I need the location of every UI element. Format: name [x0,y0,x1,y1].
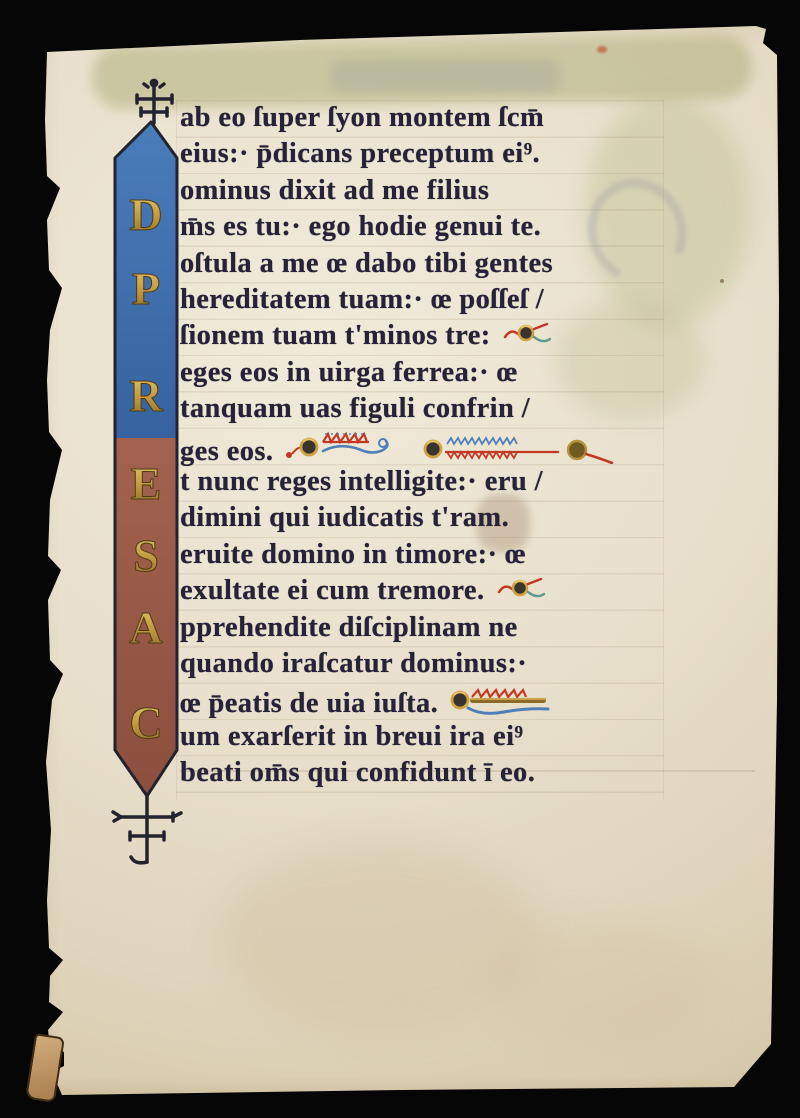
photograph-stage: D P R E S A C ab eo ſuper ſyon montem ſc… [0,0,800,1118]
manuscript-leaf: D P R E S A C ab eo ſuper ſyon montem ſc… [0,0,800,1118]
text-line-text: dimini qui iudicatis t'ram. [180,502,509,533]
text-line: hereditatem tuam:· œ poſſeſ / [180,284,544,316]
text-line-text: œ p̄eatis de uia iuſta. [180,688,438,719]
line-filler-ornament-icon [283,430,615,464]
text-line-text: eges eos in uirga ferrea:· œ [180,357,518,388]
text-line: ab eo ſuper ſyon montem ſcm̄ [180,102,544,134]
text-block: ab eo ſuper ſyon montem ſcm̄eius:· p̄dic… [0,0,800,1118]
text-line-text: hereditatem tuam:· œ poſſeſ / [180,284,544,315]
text-line: eruite domino in timore:· œ [180,539,526,571]
text-line-text: ab eo ſuper ſyon montem ſcm̄ [180,102,544,133]
line-filler-small-icon [501,320,557,348]
text-line-text: pprehendite diſciplinam ne [180,612,518,643]
text-line: ominus dixit ad me filius [180,175,489,207]
text-line-text: quando iraſcatur dominus:· [180,648,527,679]
text-line: quando iraſcatur dominus:· [180,648,527,680]
text-line: ſionem tuam t'minos tre: [180,320,557,352]
text-line: œ p̄eatis de uia iuſta. [180,684,576,720]
text-line-text: oſtula a me œ dabo tibi gentes [180,248,553,279]
text-line: oſtula a me œ dabo tibi gentes [180,248,553,280]
text-line: dimini qui iudicatis t'ram. [180,502,509,534]
text-line: t nunc reges intelligite:· eru / [180,466,543,498]
text-line-text: um exarſerit in breui ira ei⁹ [180,721,523,752]
line-filler-long-icon [283,430,615,464]
line-filler-small-icon [495,575,551,603]
text-line-text: ſionem tuam t'minos tre: [180,320,491,351]
text-line-text: beati om̄s qui confidunt ī eo. [180,757,535,788]
text-line: exultate ei cum tremore. [180,575,551,607]
text-line-text: exultate ei cum tremore. [180,575,485,606]
text-line: tanquam uas figuli confrin / [180,393,530,425]
text-line: m̄s es tu:· ego hodie genui te. [180,211,541,243]
corner-tab [25,1033,65,1103]
text-line: ges eos. [180,430,615,468]
line-filler-medium-icon [448,684,576,716]
text-line-text: ominus dixit ad me filius [180,175,489,206]
text-line: eges eos in uirga ferrea:· œ [180,357,518,389]
text-line: pprehendite diſciplinam ne [180,612,518,644]
text-line-text: m̄s es tu:· ego hodie genui te. [180,211,541,242]
text-line-text: eruite domino in timore:· œ [180,539,526,570]
line-filler-ornament-icon [501,320,557,348]
text-line-text: tanquam uas figuli confrin / [180,393,530,424]
text-line-text: t nunc reges intelligite:· eru / [180,466,543,497]
line-filler-ornament-icon [495,575,551,603]
text-line-text: eius:· p̄dicans preceptum ei⁹. [180,138,540,169]
text-line-text: ges eos. [180,436,273,467]
line-filler-ornament-icon [448,684,576,716]
text-line: beati om̄s qui confidunt ī eo. [180,757,535,789]
text-line: eius:· p̄dicans preceptum ei⁹. [180,138,540,170]
text-line: um exarſerit in breui ira ei⁹ [180,721,523,753]
